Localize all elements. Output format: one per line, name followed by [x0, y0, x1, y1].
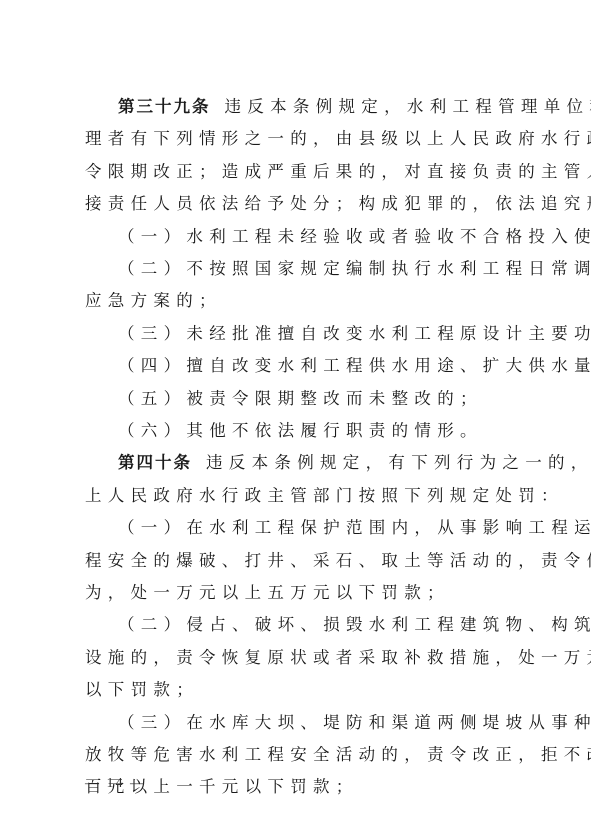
text-line: （一）水利工程未经验收或者验收不合格投入使用的； — [118, 225, 558, 249]
document-page: 第三十九条违反本条例规定，水利工程管理单位和经营管理者有下列情形之一的，由县级以… — [0, 0, 591, 834]
line-text: （一）在水利工程保护范围内，从事影响工程运行和危害工 — [118, 518, 591, 537]
text-line: （一）在水利工程保护范围内，从事影响工程运行和危害工 — [118, 516, 558, 540]
text-line: （二）不按照国家规定编制执行水利工程日常调度、运行和 — [118, 257, 558, 281]
article-heading: 第三十九条 — [118, 97, 211, 116]
text-line: 令限期改正；造成严重后果的，对直接负责的主管人员和其他直 — [85, 160, 525, 184]
line-text: （三）未经批准擅自改变水利工程原设计主要功能的； — [118, 324, 591, 343]
text-line: 放牧等危害水利工程安全活动的，责令改正，拒不改正的，处二 — [85, 743, 525, 767]
line-text: （四）擅自改变水利工程供水用途、扩大供水量的； — [118, 356, 591, 375]
text-line: 设施的，责令恢复原状或者采取补救措施，处一万元以上五万元 — [85, 646, 525, 670]
text-line: 为，处一万元以上五万元以下罚款； — [85, 581, 525, 605]
text-line: 应急方案的； — [85, 289, 525, 313]
text-line: 理者有下列情形之一的，由县级以上人民政府水行政主管部门责 — [85, 127, 525, 151]
line-text: （五）被责令限期整改而未整改的； — [118, 389, 483, 408]
line-text: （六）其他不依法履行职责的情形。 — [118, 421, 483, 440]
line-text: 设施的，责令恢复原状或者采取补救措施，处一万元以上五万元 — [85, 648, 591, 667]
text-line: （三）在水库大坝、堤防和渠道两侧堤坡从事种植农作物、 — [118, 711, 558, 735]
line-text: （一）水利工程未经验收或者验收不合格投入使用的； — [118, 227, 591, 246]
text-line: 以下罚款； — [85, 678, 525, 702]
line-text: 接责任人员依法给予处分；构成犯罪的，依法追究刑事责任： — [85, 194, 591, 213]
page-number: — 14 — — [85, 776, 146, 792]
text-line: 第三十九条违反本条例规定，水利工程管理单位和经营管 — [118, 95, 558, 119]
line-text: 令限期改正；造成严重后果的，对直接负责的主管人员和其他直 — [85, 162, 591, 181]
text-line: 程安全的爆破、打井、采石、取土等活动的，责令停止违法行 — [85, 549, 525, 573]
text-line: （五）被责令限期整改而未整改的； — [118, 387, 558, 411]
line-text: 程安全的爆破、打井、采石、取土等活动的，责令停止违法行 — [85, 551, 591, 570]
line-text: （二）侵占、破坏、损毁水利工程建筑物、构筑物及其附属 — [118, 615, 591, 634]
line-text: 违反本条例规定，有下列行为之一的，由县级以 — [206, 453, 591, 472]
line-text: 应急方案的； — [85, 291, 222, 310]
article-heading: 第四十条 — [118, 453, 192, 472]
text-line: 第四十条违反本条例规定，有下列行为之一的，由县级以 — [118, 451, 558, 475]
text-line: （六）其他不依法履行职责的情形。 — [118, 419, 558, 443]
line-text: （三）在水库大坝、堤防和渠道两侧堤坡从事种植农作物、 — [118, 713, 591, 732]
line-text: 违反本条例规定，水利工程管理单位和经营管 — [225, 97, 591, 116]
line-text: 放牧等危害水利工程安全活动的，责令改正，拒不改正的，处二 — [85, 745, 591, 764]
text-line: 接责任人员依法给予处分；构成犯罪的，依法追究刑事责任： — [85, 192, 525, 216]
line-text: 为，处一万元以上五万元以下罚款； — [85, 583, 450, 602]
text-line: （四）擅自改变水利工程供水用途、扩大供水量的； — [118, 354, 558, 378]
text-line: 上人民政府水行政主管部门按照下列规定处罚： — [85, 484, 525, 508]
text-line: 百元以上一千元以下罚款； — [85, 775, 525, 799]
text-line: （三）未经批准擅自改变水利工程原设计主要功能的； — [118, 322, 558, 346]
line-text: （二）不按照国家规定编制执行水利工程日常调度、运行和 — [118, 259, 591, 278]
text-line: （二）侵占、破坏、损毁水利工程建筑物、构筑物及其附属 — [118, 613, 558, 637]
line-text: 上人民政府水行政主管部门按照下列规定处罚： — [85, 486, 564, 505]
line-text: 理者有下列情形之一的，由县级以上人民政府水行政主管部门责 — [85, 129, 591, 148]
line-text: 以下罚款； — [85, 680, 199, 699]
